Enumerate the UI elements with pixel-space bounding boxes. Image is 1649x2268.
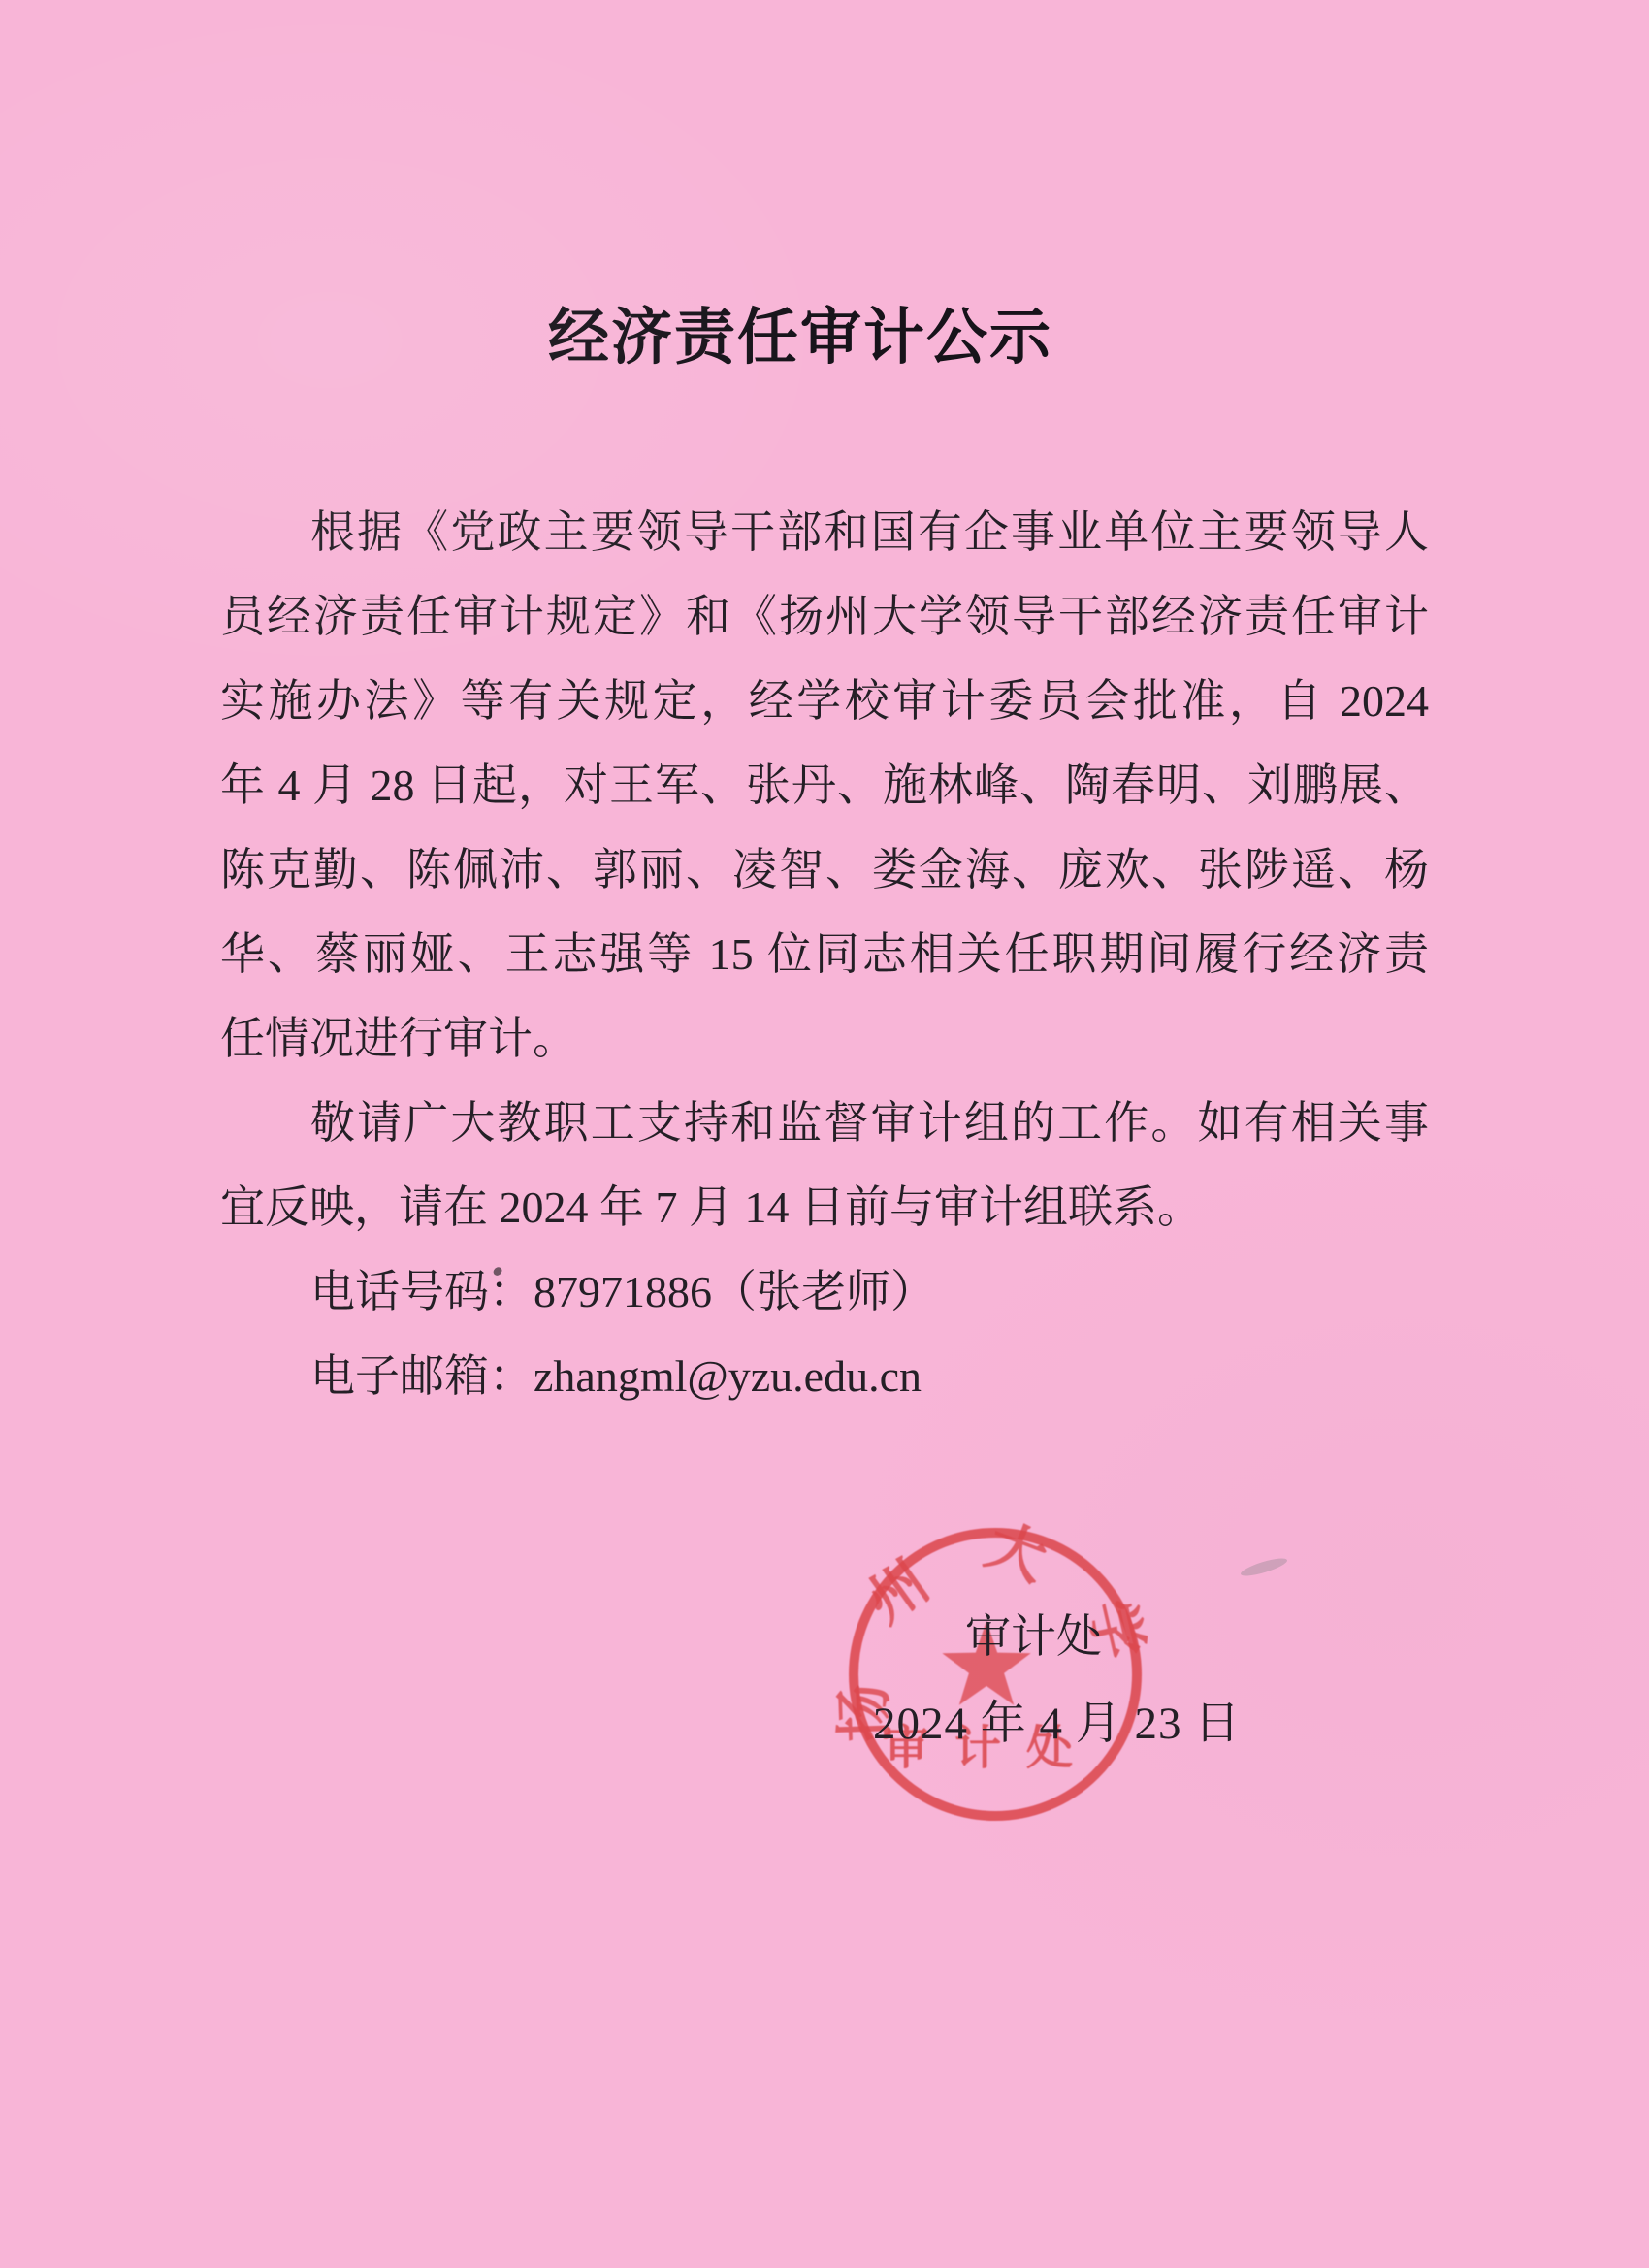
scanned-notice-page: 经济责任审计公示 根据《党政主要领导干部和国有企事业单位主要领导人 员经济责任审…	[0, 0, 1649, 2268]
body-line: 员经济责任审计规定》和《扬州大学领导干部经济责任审计	[220, 574, 1429, 659]
body-line: 实施办法》等有关规定，经学校审计委员会批准，自 2024	[220, 659, 1429, 743]
body-line: 陈克勤、陈佩沛、郭丽、凌智、娄金海、庞欢、张陟遥、杨	[220, 827, 1429, 912]
body-line: 根据《党政主要领导干部和国有企事业单位主要领导人	[220, 490, 1429, 574]
body-line: 任情况进行审计。	[220, 996, 1429, 1081]
body-line: 年 4 月 28 日起，对王军、张丹、施林峰、陶春明、刘鹏展、	[220, 743, 1429, 827]
official-seal: 扬州大学 审计处	[821, 1500, 1170, 1849]
email-line: 电子邮箱：zhangml@yzu.edu.cn	[220, 1334, 1429, 1418]
scan-smudge-artifact	[1239, 1555, 1288, 1579]
notice-body: 根据《党政主要领导干部和国有企事业单位主要领导人 员经济责任审计规定》和《扬州大…	[220, 490, 1429, 1418]
body-line: 宜反映，请在 2024 年 7 月 14 日前与审计组联系。	[220, 1165, 1429, 1249]
body-line: 敬请广大教职工支持和监督审计组的工作。如有相关事	[220, 1081, 1429, 1165]
signature-date: 2024 年 4 月 23 日	[873, 1698, 1241, 1750]
page-title: 经济责任审计公示	[175, 299, 1426, 376]
phone-line: 电话号码：87971886（张老师）	[220, 1249, 1429, 1334]
signature-org: 审计处	[965, 1612, 1102, 1663]
body-line: 华、蔡丽娅、王志强等 15 位同志相关任职期间履行经济责	[220, 912, 1429, 996]
